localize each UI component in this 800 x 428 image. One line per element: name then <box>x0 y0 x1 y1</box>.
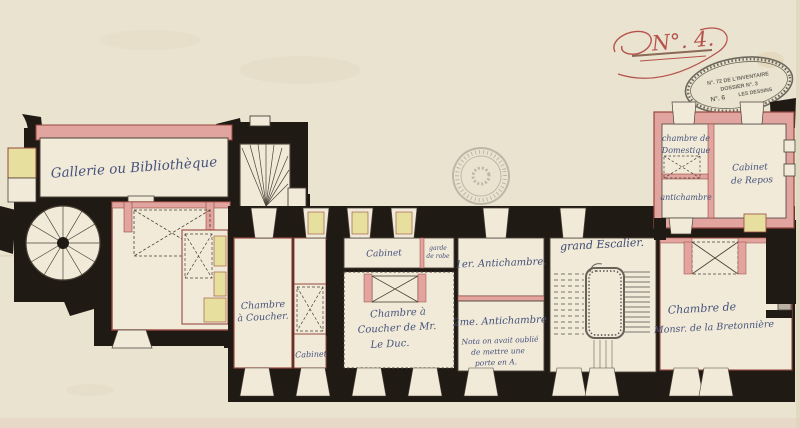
le-duc-label-3: Le Duc. <box>369 338 410 351</box>
note-label-3: porte en A. <box>475 357 517 367</box>
floor-plan-page: N°. 4. N°. 72 DE L'INVENTAIRE DOSSIER N°… <box>0 0 800 428</box>
room-le-duc: Cabinet garde de robe Chambre à Coucher … <box>344 238 454 368</box>
room-pavilion-antichambre: antichambre <box>660 193 712 202</box>
cabinet-small-label: Cabinet <box>295 349 328 359</box>
room-chambre-coucher: Chambre à Coucher. <box>234 238 292 368</box>
pavilion-connector-poche <box>766 220 796 304</box>
garde-robe-label-2: de robe <box>426 253 450 260</box>
room-grand-escalier: grand Escalier. <box>550 236 656 374</box>
main-wing: Chambre à Coucher. Cabinet Cabinet garde… <box>228 206 795 402</box>
chimney-mass <box>326 240 344 336</box>
pavilion-antichambre-label: antichambre <box>660 193 712 202</box>
closet-column <box>182 230 228 324</box>
cabinet-repos-label-1: Cabinet <box>732 162 768 173</box>
chambre-coucher-label-1: Chambre <box>241 299 286 312</box>
window-bay <box>112 330 152 348</box>
spiral-stair-tower <box>26 206 100 280</box>
cabinet-repos-label-2: de Repos <box>731 175 774 186</box>
floor-plan-svg: N°. 4. N°. 72 DE L'INVENTAIRE DOSSIER N°… <box>0 0 800 428</box>
garde-robe-label-1: garde <box>429 245 447 252</box>
room-antichambres: 1er. Antichambre. 2me. Antichambre Nota … <box>452 238 547 371</box>
domestique-label-1: chambre de <box>662 134 710 143</box>
domestique-label-2: Domestique <box>661 146 711 155</box>
west-tip-closet <box>8 148 36 202</box>
cabinet-top-label: Cabinet <box>366 248 402 259</box>
note-label-2: de mettre une <box>471 346 526 357</box>
